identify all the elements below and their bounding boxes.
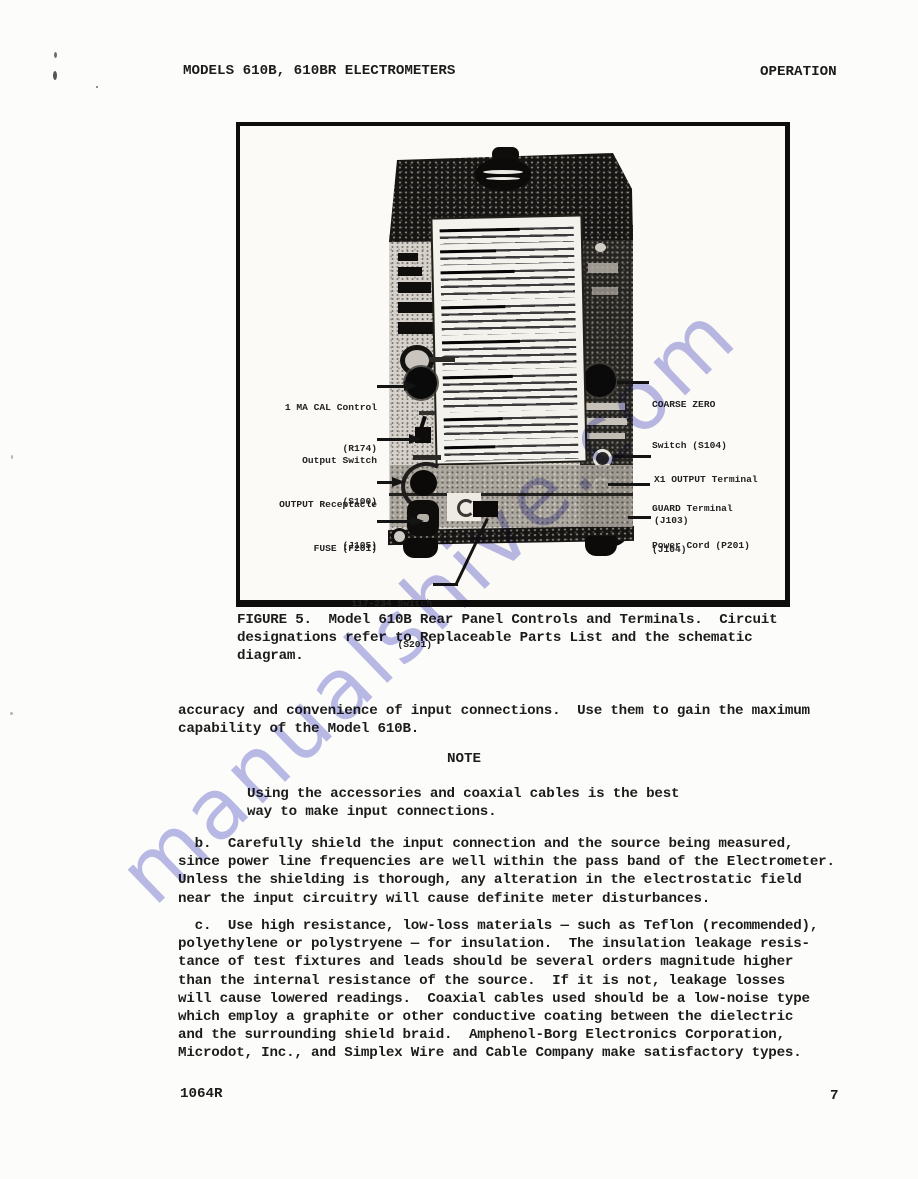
coarse-zero-knob: [583, 364, 616, 397]
scan-speck: [54, 52, 57, 58]
label-paragraph: [441, 304, 576, 336]
arrowhead: [392, 477, 405, 487]
footer-page-number: 7: [830, 1088, 839, 1104]
callout-line: 117-234 Switch: [351, 597, 432, 611]
text-line: c. Use high resistance, low-loss materia…: [178, 917, 818, 935]
text-line: which employ a graphite or other conduct…: [178, 1008, 818, 1026]
label-paragraph: [440, 248, 574, 266]
text-line: FIGURE 5. Model 610B Rear Panel Controls…: [237, 611, 777, 629]
text-line: way to make input connections.: [247, 803, 679, 821]
instruction-label: [432, 216, 585, 463]
vent-slot: [585, 403, 625, 410]
switch-text-mark: [419, 411, 435, 415]
callout-power-cord: Power Cord (P201): [652, 511, 750, 580]
vent-slot: [398, 282, 431, 293]
carrying-handle: [475, 158, 531, 191]
leader-line: [613, 455, 651, 458]
note-paragraph: Using the accessories and coaxial cables…: [247, 785, 679, 821]
text-line: diagram.: [237, 647, 777, 665]
cabinet-foot: [585, 536, 617, 556]
scan-speck: [11, 455, 13, 459]
label-paragraph: [443, 374, 578, 413]
note-heading: NOTE: [447, 751, 481, 767]
label-paragraph: [441, 269, 576, 301]
text-line: than the internal resistance of the sour…: [178, 972, 818, 990]
text-line: and the surrounding shield braid. Amphen…: [178, 1026, 818, 1044]
vent-slot: [398, 267, 422, 276]
rear-panel-photo: [385, 145, 637, 563]
text-line: polyethylene or polystryene — for insula…: [178, 935, 818, 953]
text-line: accuracy and convenience of input connec…: [178, 702, 810, 720]
arrowhead: [409, 434, 422, 444]
callout-line: FUSE (F201): [314, 542, 377, 556]
vent-slot: [398, 322, 436, 334]
leader-line: [377, 481, 392, 484]
leader-line: [377, 520, 411, 523]
leader-line: [617, 381, 649, 384]
arrowhead: [404, 381, 417, 391]
panel-screw: [391, 528, 408, 545]
cal-text-mark: [429, 357, 455, 362]
callout-line: COARSE ZERO: [652, 398, 727, 412]
scan-speck: [53, 71, 57, 80]
callout-line: Power Cord (P201): [652, 539, 750, 553]
vent-slot: [587, 433, 625, 439]
text-line: since power line frequencies are well wi…: [178, 853, 835, 871]
text-line: Unless the shielding is thorough, any al…: [178, 871, 835, 889]
vent-slot: [398, 253, 418, 261]
label-paragraph: [444, 416, 578, 441]
text-line: near the input circuitry will cause defi…: [178, 890, 835, 908]
highlight-dot: [595, 243, 606, 252]
scan-speck: [10, 712, 13, 715]
text-line: capability of the Model 610B.: [178, 720, 810, 738]
vent-blob: [588, 263, 618, 273]
output-receptacle: [410, 470, 437, 496]
figure-caption: FIGURE 5. Model 610B Rear Panel Controls…: [237, 611, 777, 666]
callout-line: Output Switch: [302, 454, 377, 468]
vent-slot: [585, 418, 627, 425]
text-line: tance of test fixtures and leads should …: [178, 953, 818, 971]
cabinet-foot: [403, 538, 438, 558]
label-paragraph: [440, 227, 574, 245]
scan-speck: [96, 86, 98, 88]
callout-line: OUTPUT Receptacle: [279, 498, 377, 512]
text-line: Using the accessories and coaxial cables…: [247, 785, 679, 803]
callout-line: 1 MA CAL Control: [285, 401, 377, 415]
vent-blob: [592, 287, 618, 295]
paragraph-b: b. Carefully shield the input connection…: [178, 835, 835, 926]
vent-slot: [398, 302, 434, 313]
text-line: b. Carefully shield the input connection…: [178, 835, 835, 853]
arrowhead: [411, 516, 424, 526]
paragraph-intro: accuracy and convenience of input connec…: [178, 702, 810, 738]
line-voltage-switch: [473, 501, 498, 517]
leader-line: [628, 516, 651, 519]
handle-highlight: [486, 177, 520, 180]
output-text-mark: [413, 455, 441, 460]
header-models: MODELS 610B, 610BR ELECTROMETERS: [183, 63, 455, 79]
document-page: MODELS 610B, 610BR ELECTROMETERS OPERATI…: [0, 0, 918, 1179]
label-paragraph: [442, 339, 577, 371]
leader-line: [608, 483, 650, 486]
paragraph-c: c. Use high resistance, low-loss materia…: [178, 917, 818, 1063]
footer-doc-number: 1064R: [180, 1086, 223, 1102]
label-paragraph: [444, 444, 578, 462]
text-line: will cause lowered readings. Coaxial cab…: [178, 990, 818, 1008]
header-section: OPERATION: [760, 64, 837, 80]
handle-highlight: [483, 170, 523, 174]
text-line: designations refer to Replaceable Parts …: [237, 629, 777, 647]
leader-line: [377, 385, 404, 388]
text-line: Microdot, Inc., and Simplex Wire and Cab…: [178, 1044, 818, 1062]
leader-line: [377, 438, 409, 441]
